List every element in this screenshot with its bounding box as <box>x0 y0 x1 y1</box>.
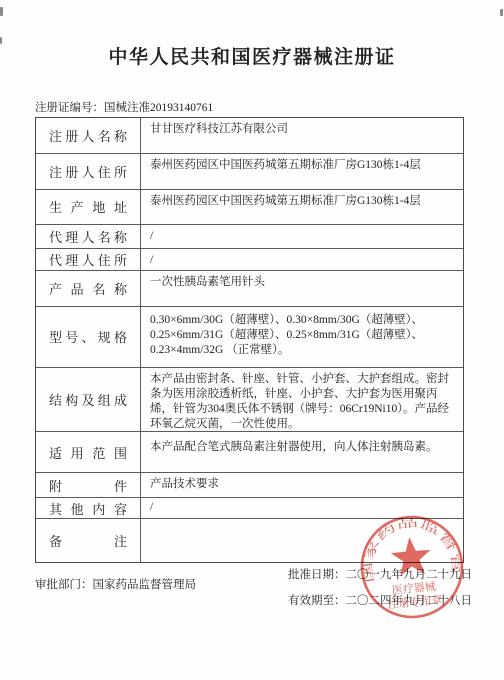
table-row-production-address: 生产地址 泰州医药园区中国医药城第五期标准厂房G130栋1-4层 <box>36 190 463 226</box>
row-label: 代理人住所 <box>36 249 141 270</box>
valid-until-line: 有效期至：二〇二四年九月二十八日 <box>288 588 472 614</box>
row-label: 注册人名称 <box>36 118 141 153</box>
certificate-page: 中华人民共和国医疗器械注册证 注册证编号：国械注准20193140761 注册人… <box>0 0 504 680</box>
row-value: 一次性胰岛素笔用针头 <box>141 271 463 306</box>
row-label: 型号、规格 <box>36 307 141 367</box>
row-value: / <box>141 225 463 248</box>
table-row-agent-address: 代理人住所 / <box>36 249 463 271</box>
scan-speck <box>500 9 503 16</box>
table-row-product-name: 产品名称 一次性胰岛素笔用针头 <box>36 271 463 307</box>
row-label: 结构及组成 <box>36 368 141 431</box>
approval-department-label: 审批部门： <box>35 579 93 591</box>
page-title: 中华人民共和国医疗器械注册证 <box>0 42 504 69</box>
scan-speck <box>0 7 3 16</box>
row-label: 其他内容 <box>36 498 141 518</box>
approval-date-value: 二〇一九年九月二十九日 <box>346 569 473 581</box>
row-value: 本产品配合笔式胰岛素注射器使用，向人体注射胰岛素。 <box>141 432 463 473</box>
row-value: 泰州医药园区中国医药城第五期标准厂房G130栋1-4层 <box>141 154 463 189</box>
table-row-registrant-name: 注册人名称 甘甘医疗科技江苏有限公司 <box>36 118 463 154</box>
row-label: 附件 <box>36 473 141 497</box>
row-label: 代理人名称 <box>36 225 141 248</box>
row-value: / <box>141 498 463 518</box>
table-row-structure-composition: 结构及组成 本产品由密封条、针座、针管、小护套、大护套组成。密封条为医用涂胶透析… <box>36 368 463 432</box>
table-row-attachment: 附件 产品技术要求 <box>36 473 463 498</box>
registration-number-line: 注册证编号：国械注准20193140761 <box>35 99 213 115</box>
table-row-remarks: 备注 <box>36 519 463 562</box>
row-value <box>141 519 463 562</box>
row-value: 甘甘医疗科技江苏有限公司 <box>141 118 463 153</box>
row-label: 备注 <box>36 519 141 562</box>
table-row-other-content: 其他内容 / <box>36 498 463 519</box>
table-row-agent-name: 代理人名称 / <box>36 225 463 249</box>
approval-department-line: 审批部门：国家药品监督管理局 <box>35 576 196 592</box>
row-value: 泰州医药园区中国医药城第五期标准厂房G130栋1-4层 <box>141 190 463 225</box>
approval-date-line: 批准日期：二〇一九年九月二十九日 <box>288 562 472 588</box>
scan-speck <box>0 37 2 44</box>
row-label: 注册人住所 <box>36 154 141 189</box>
row-label: 生产地址 <box>36 190 141 225</box>
valid-until-label: 有效期至： <box>288 595 346 607</box>
approval-date-label: 批准日期： <box>288 569 346 581</box>
certificate-table: 注册人名称 甘甘医疗科技江苏有限公司 注册人住所 泰州医药园区中国医药城第五期标… <box>35 117 464 563</box>
table-row-model-spec: 型号、规格 0.30×6mm/30G（超薄壁）、0.30×8mm/30G（超薄壁… <box>36 307 463 368</box>
row-value: 产品技术要求 <box>141 473 463 497</box>
dates-block: 批准日期：二〇一九年九月二十九日 有效期至：二〇二四年九月二十八日 <box>288 562 472 614</box>
row-value: / <box>141 249 463 270</box>
row-label: 产品名称 <box>36 271 141 306</box>
registration-number-value: 国械注准20193140761 <box>104 102 213 114</box>
approval-department-value: 国家药品监督管理局 <box>93 579 197 591</box>
table-row-registrant-address: 注册人住所 泰州医药园区中国医药城第五期标准厂房G130栋1-4层 <box>36 154 463 190</box>
valid-until-value: 二〇二四年九月二十八日 <box>346 595 473 607</box>
row-value: 0.30×6mm/30G（超薄壁）、0.30×8mm/30G（超薄壁）、0.25… <box>141 307 463 367</box>
table-row-intended-use: 适用范围 本产品配合笔式胰岛素注射器使用，向人体注射胰岛素。 <box>36 432 463 474</box>
registration-number-label: 注册证编号： <box>35 102 104 114</box>
row-value: 本产品由密封条、针座、针管、小护套、大护套组成。密封条为医用涂胶透析纸，针座、小… <box>141 368 463 431</box>
row-label: 适用范围 <box>36 432 141 473</box>
